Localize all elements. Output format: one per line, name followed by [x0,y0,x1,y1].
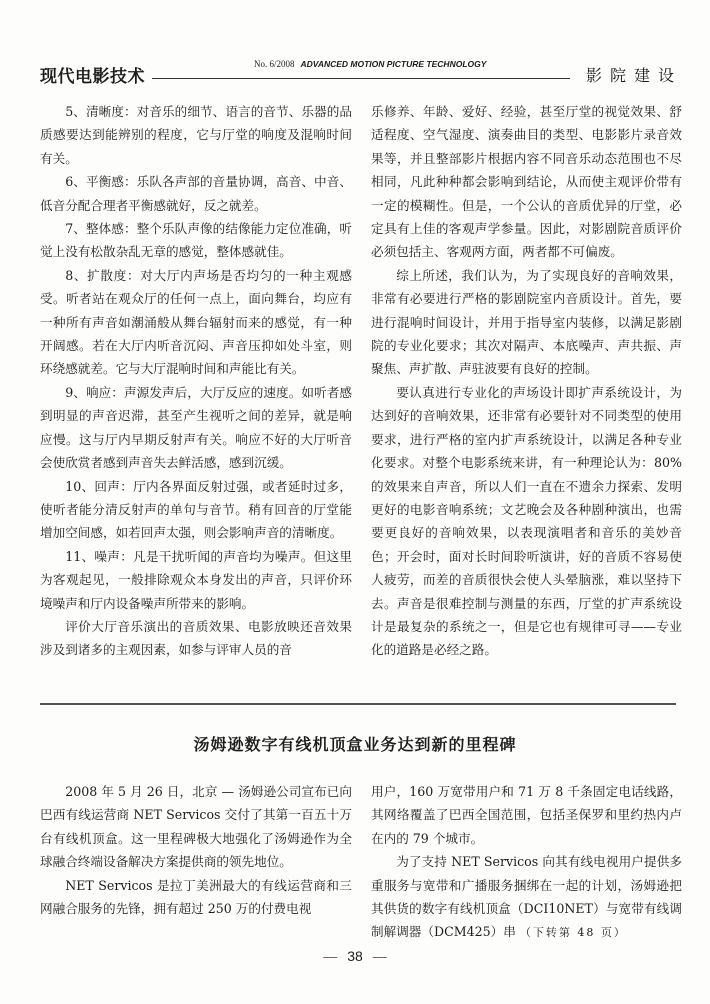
section-divider [40,703,676,705]
article-right-column: 用户，160 万宽带用户和 71 万 8 千条固定电话线路，其网络覆盖了巴西全国… [371,780,682,945]
paragraph: 11、噪声：凡是干扰听闻的声音均为噪声。但这里为客观起见，一般排除观众本身发出的… [40,545,352,615]
article-title: 汤姆逊数字有线机顶盒业务达到新的里程碑 [0,732,710,755]
journal-title-cn: 现代电影技术 [40,62,145,87]
paragraph: 为了支持 NET Servicos 向其有线电视用户提供多重服务与宽带和广播服务… [371,850,682,945]
header-rule [152,78,570,79]
section-title: 影院建设 [586,63,682,86]
running-header: 现代电影技术 No. 6/2008ADVANCED MOTION PICTURE… [40,60,682,86]
paragraph: 8、扩散度：对大厅内声场是否均匀的一种主观感受。听者站在观众厅的任何一点上，面向… [40,264,352,381]
paragraph: 6、平衡感：乐队各声部的音量协调，高音、中音、低音分配合理者平衡感就好，反之就差… [40,170,352,217]
continued-on-note: （下转第 48 页） [520,926,627,939]
dash-right: — [373,948,387,964]
paragraph: NET Servicos 是拉丁美洲最大的有线运营商和三网融合服务的先锋，拥有超… [40,874,352,921]
paragraph: 2008 年 5 月 26 日，北京 — 汤姆逊公司宣布已向巴西有线运营商 NE… [40,780,352,874]
paragraph: 5、清晰度：对音乐的细节、语言的音节、乐器的品质感要达到能辨别的程度，它与厅堂的… [40,100,352,170]
paragraph: 要认真进行专业化的声场设计即扩声系统设计，为达到好的音响效果，还非常有必要针对不… [371,381,682,662]
paragraph: 评价大厅音乐演出的音质效果、电影放映还音效果涉及到诸多的主观因素，如参与评审人员… [40,615,352,662]
paragraph-continuation: 乐修养、年龄、爱好、经验，甚至厅堂的视觉效果、舒适程度、空气湿度、演奏曲目的类型… [371,100,682,264]
paragraph: 10、回声：厅内各界面反射过强，或者延时过多，使听者能分清反射声的单句与音节。稍… [40,475,352,545]
article-left-column: 2008 年 5 月 26 日，北京 — 汤姆逊公司宣布已向巴西有线运营商 NE… [40,780,352,920]
page-number: 38 [347,948,363,964]
issue-line: No. 6/2008ADVANCED MOTION PICTURE TECHNO… [250,59,490,69]
paragraph: 综上所述，我们认为，为了实现良好的音响效果，非常有必要进行严格的影剧院室内音质设… [371,264,682,381]
issue-number: No. 6/2008 [254,59,295,69]
upper-left-column: 5、清晰度：对音乐的细节、语言的音节、乐器的品质感要达到能辨别的程度，它与厅堂的… [40,100,352,662]
dash-left: — [323,948,337,964]
upper-right-column: 乐修养、年龄、爱好、经验，甚至厅堂的视觉效果、舒适程度、空气湿度、演奏曲目的类型… [371,100,682,662]
paragraph: 9、响应：声源发声后，大厅反应的速度。如听者感到明显的声音迟滞，甚至产生视听之间… [40,381,352,475]
page-footer: —38— [0,948,710,964]
paragraph: 7、整体感：整个乐队声像的结像能力定位准确，听觉上没有松散杂乱无章的感觉，整体感… [40,217,352,264]
journal-title-en: ADVANCED MOTION PICTURE TECHNOLOGY [301,59,487,69]
paragraph-continuation: 用户，160 万宽带用户和 71 万 8 千条固定电话线路，其网络覆盖了巴西全国… [371,780,682,850]
